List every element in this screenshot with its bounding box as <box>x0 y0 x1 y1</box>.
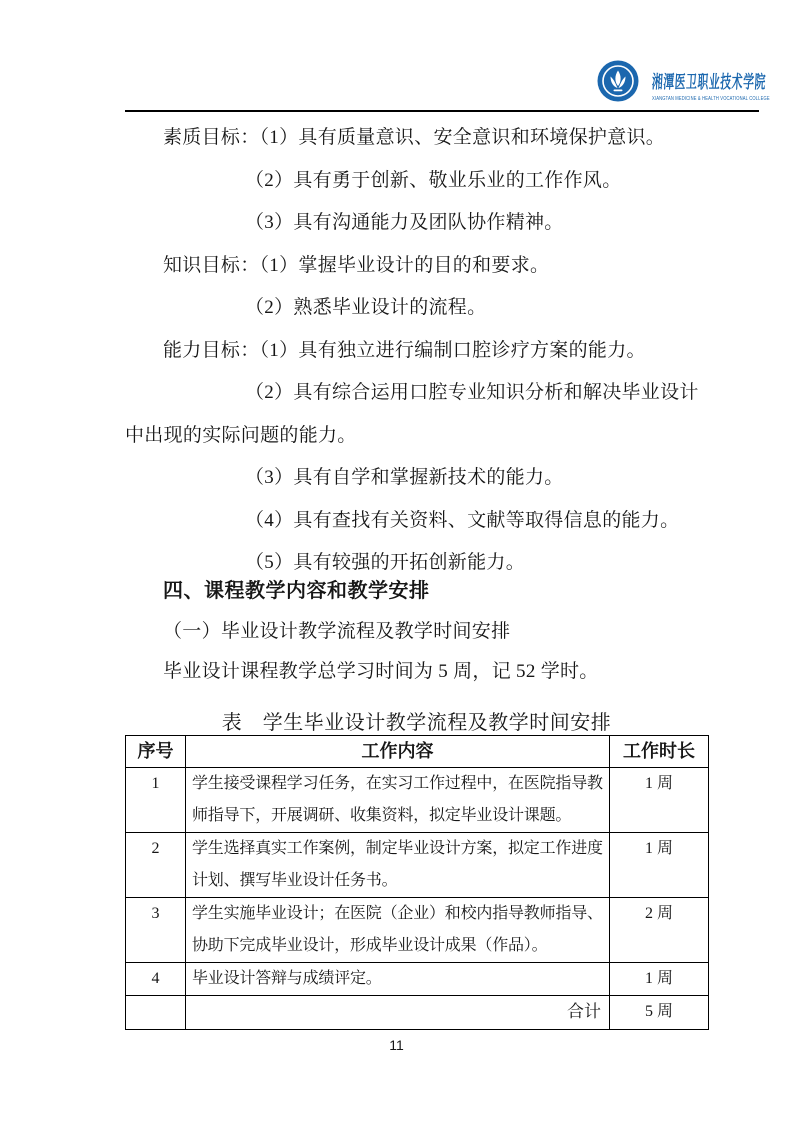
table-header-cell: 工作时长 <box>610 736 709 768</box>
table-header-cell: 序号 <box>126 736 186 768</box>
row-content-cell: 学生选择真实工作案例，制定毕业设计方案，拟定工作进度计划、撰写毕业设计任务书。 <box>186 833 610 898</box>
row-number-cell: 4 <box>126 963 186 996</box>
section-heading: 四、课程教学内容和教学安排 <box>163 580 430 602</box>
total-value-cell: 5 周 <box>610 996 709 1030</box>
college-name-en: XIANGTAN MEDICINE & HEALTH VOCATIONAL CO… <box>652 96 744 102</box>
row-content-cell: 学生接受课程学习任务，在实习工作过程中，在医院指导教师指导下，开展调研、收集资料… <box>186 768 610 833</box>
page-number: 11 <box>0 1037 793 1053</box>
body-line: （5）具有较强的开拓创新能力。 <box>245 552 525 574</box>
table-caption: 表 学生毕业设计教学流程及教学时间安排 <box>125 706 708 735</box>
body-line: 能力目标：（1）具有独立进行编制口腔诊疗方案的能力。 <box>163 340 646 362</box>
table-row: 4毕业设计答辩与成绩评定。1 周 <box>126 963 709 996</box>
table-row: 2学生选择真实工作案例，制定毕业设计方案，拟定工作进度计划、撰写毕业设计任务书。… <box>126 833 709 898</box>
table-row: 1学生接受课程学习任务，在实习工作过程中，在医院指导教师指导下，开展调研、收集资… <box>126 768 709 833</box>
table-row: 3学生实施毕业设计；在医院（企业）和校内指导教师指导、协助下完成毕业设计，形成毕… <box>126 898 709 963</box>
row-number-cell: 3 <box>126 898 186 963</box>
schedule-table: 序号工作内容工作时长 1学生接受课程学习任务，在实习工作过程中，在医院指导教师指… <box>125 735 709 1030</box>
body-line: 知识目标：（1）掌握毕业设计的目的和要求。 <box>163 255 549 277</box>
row-duration-cell: 2 周 <box>610 898 709 963</box>
body-line: （3）具有自学和掌握新技术的能力。 <box>245 467 564 489</box>
row-number-cell: 2 <box>126 833 186 898</box>
body-line: 中出现的实际问题的能力。 <box>125 425 357 447</box>
body-line: （2）具有综合运用口腔专业知识分析和解决毕业设计 <box>245 382 699 404</box>
row-content-cell: 学生实施毕业设计；在医院（企业）和校内指导教师指导、协助下完成毕业设计，形成毕业… <box>186 898 610 963</box>
document-page: 湘潭医卫职业技术学院 XIANGTAN MEDICINE & HEALTH VO… <box>0 0 793 1122</box>
college-logo-icon <box>597 60 639 107</box>
table-total-row: 合计5 周 <box>126 996 709 1030</box>
header-rule <box>125 110 759 112</box>
header-logo: 湘潭医卫职业技术学院 XIANGTAN MEDICINE & HEALTH VO… <box>597 58 767 108</box>
table-header-cell: 工作内容 <box>186 736 610 768</box>
row-content-cell: 毕业设计答辩与成绩评定。 <box>186 963 610 996</box>
row-duration-cell: 1 周 <box>610 768 709 833</box>
body-line: 毕业设计课程教学总学习时间为 5 周，记 52 学时。 <box>163 661 599 683</box>
body-line: （4）具有查找有关资料、文献等取得信息的能力。 <box>245 510 679 532</box>
total-empty-cell <box>126 996 186 1030</box>
total-label-cell: 合计 <box>186 996 610 1030</box>
college-name-cn: 湘潭医卫职业技术学院 <box>651 68 720 94</box>
body-line: （3）具有沟通能力及团队协作精神。 <box>245 212 564 234</box>
body-line: （2）熟悉毕业设计的流程。 <box>245 297 486 319</box>
row-duration-cell: 1 周 <box>610 833 709 898</box>
row-duration-cell: 1 周 <box>610 963 709 996</box>
body-line: （一）毕业设计教学流程及教学时间安排 <box>163 621 510 643</box>
row-number-cell: 1 <box>126 768 186 833</box>
table-header-row: 序号工作内容工作时长 <box>126 736 709 768</box>
body-line: （2）具有勇于创新、敬业乐业的工作作风。 <box>245 170 622 192</box>
college-name-block: 湘潭医卫职业技术学院 XIANGTAN MEDICINE & HEALTH VO… <box>652 68 764 102</box>
body-line: 素质目标：（1）具有质量意识、安全意识和环境保护意识。 <box>163 127 665 149</box>
